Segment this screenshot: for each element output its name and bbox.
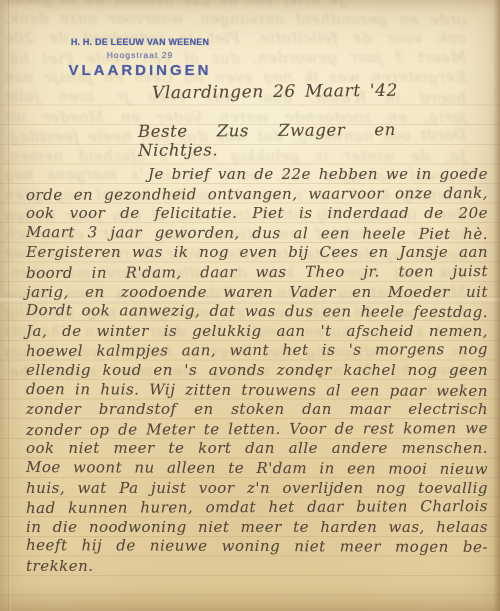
- letter-line: Eergisteren was ik nog even bij Cees en …: [26, 243, 488, 263]
- letter-line: zonder brandstof en stoken dan maar elec…: [26, 400, 488, 420]
- salutation: Beste Zus Zwager en Nichtjes.: [138, 120, 396, 160]
- letter-line: heeft hij de nieuwe woning niet meer mog…: [26, 536, 488, 558]
- letter-line: boord in R'dam, daar was Theo jr. toen j…: [26, 262, 488, 284]
- letter-line: jarig, en zoodoende waren Vader en Moede…: [26, 283, 488, 303]
- right-edge-shadow: [493, 0, 500, 611]
- letter-body: Je brief van de 22e hebben we in goedeor…: [26, 165, 488, 576]
- letter-line: ellendig koud en 's avonds zonder kachel…: [26, 361, 488, 381]
- letterhead-city: VLAARDINGEN: [62, 62, 218, 80]
- letter-line: Je brief van de 22e hebben we in goede: [26, 165, 488, 185]
- letter-line: ook voor de felicitatie. Piet is inderda…: [26, 204, 488, 224]
- letter-line: Moe woont nu alleen te R'dam in een mooi…: [26, 458, 488, 480]
- letter-line: Dordt ook aanwezig, dat was dus een heel…: [26, 301, 488, 323]
- letter-line: trekken.: [26, 557, 488, 577]
- letterhead-stamp: H. H. DE LEEUW VAN WEENEN Hoogstraat 29 …: [62, 36, 218, 80]
- vertical-fold-crease: [8, 0, 11, 611]
- letter-line: doen in huis. Wij zitten trouwens al een…: [26, 380, 488, 402]
- letter-line: orde en gezondheid ontvangen, waarvoor o…: [26, 184, 488, 206]
- letter-line: huis, wat Pa juist voor z'n overlijden n…: [26, 479, 488, 499]
- letter-line: hoewel kalmpjes aan, want het is 's morg…: [26, 340, 488, 362]
- letterhead-address: Hoogstraat 29: [62, 49, 218, 62]
- letter-line: zonder op de Meter te letten. Voor de re…: [26, 419, 488, 441]
- letter-line: ook niet meer te kort dan alle andere me…: [26, 439, 488, 459]
- letter-line: in die noodwoning niet meer te harden wa…: [26, 518, 488, 538]
- letter-page: Je brief van de 22e hebben we in goedeor…: [0, 0, 500, 611]
- dateline: Vlaardingen 26 Maart '42: [152, 81, 398, 104]
- letterhead-name: H. H. DE LEEUW VAN WEENEN: [62, 36, 218, 50]
- letter-line: Maart 3 jaar geworden, dus al een heele …: [26, 223, 488, 245]
- letter-line: Ja, de winter is gelukkig aan 't afschei…: [26, 322, 488, 342]
- letter-line: had kunnen huren, omdat het daar buiten …: [26, 497, 488, 519]
